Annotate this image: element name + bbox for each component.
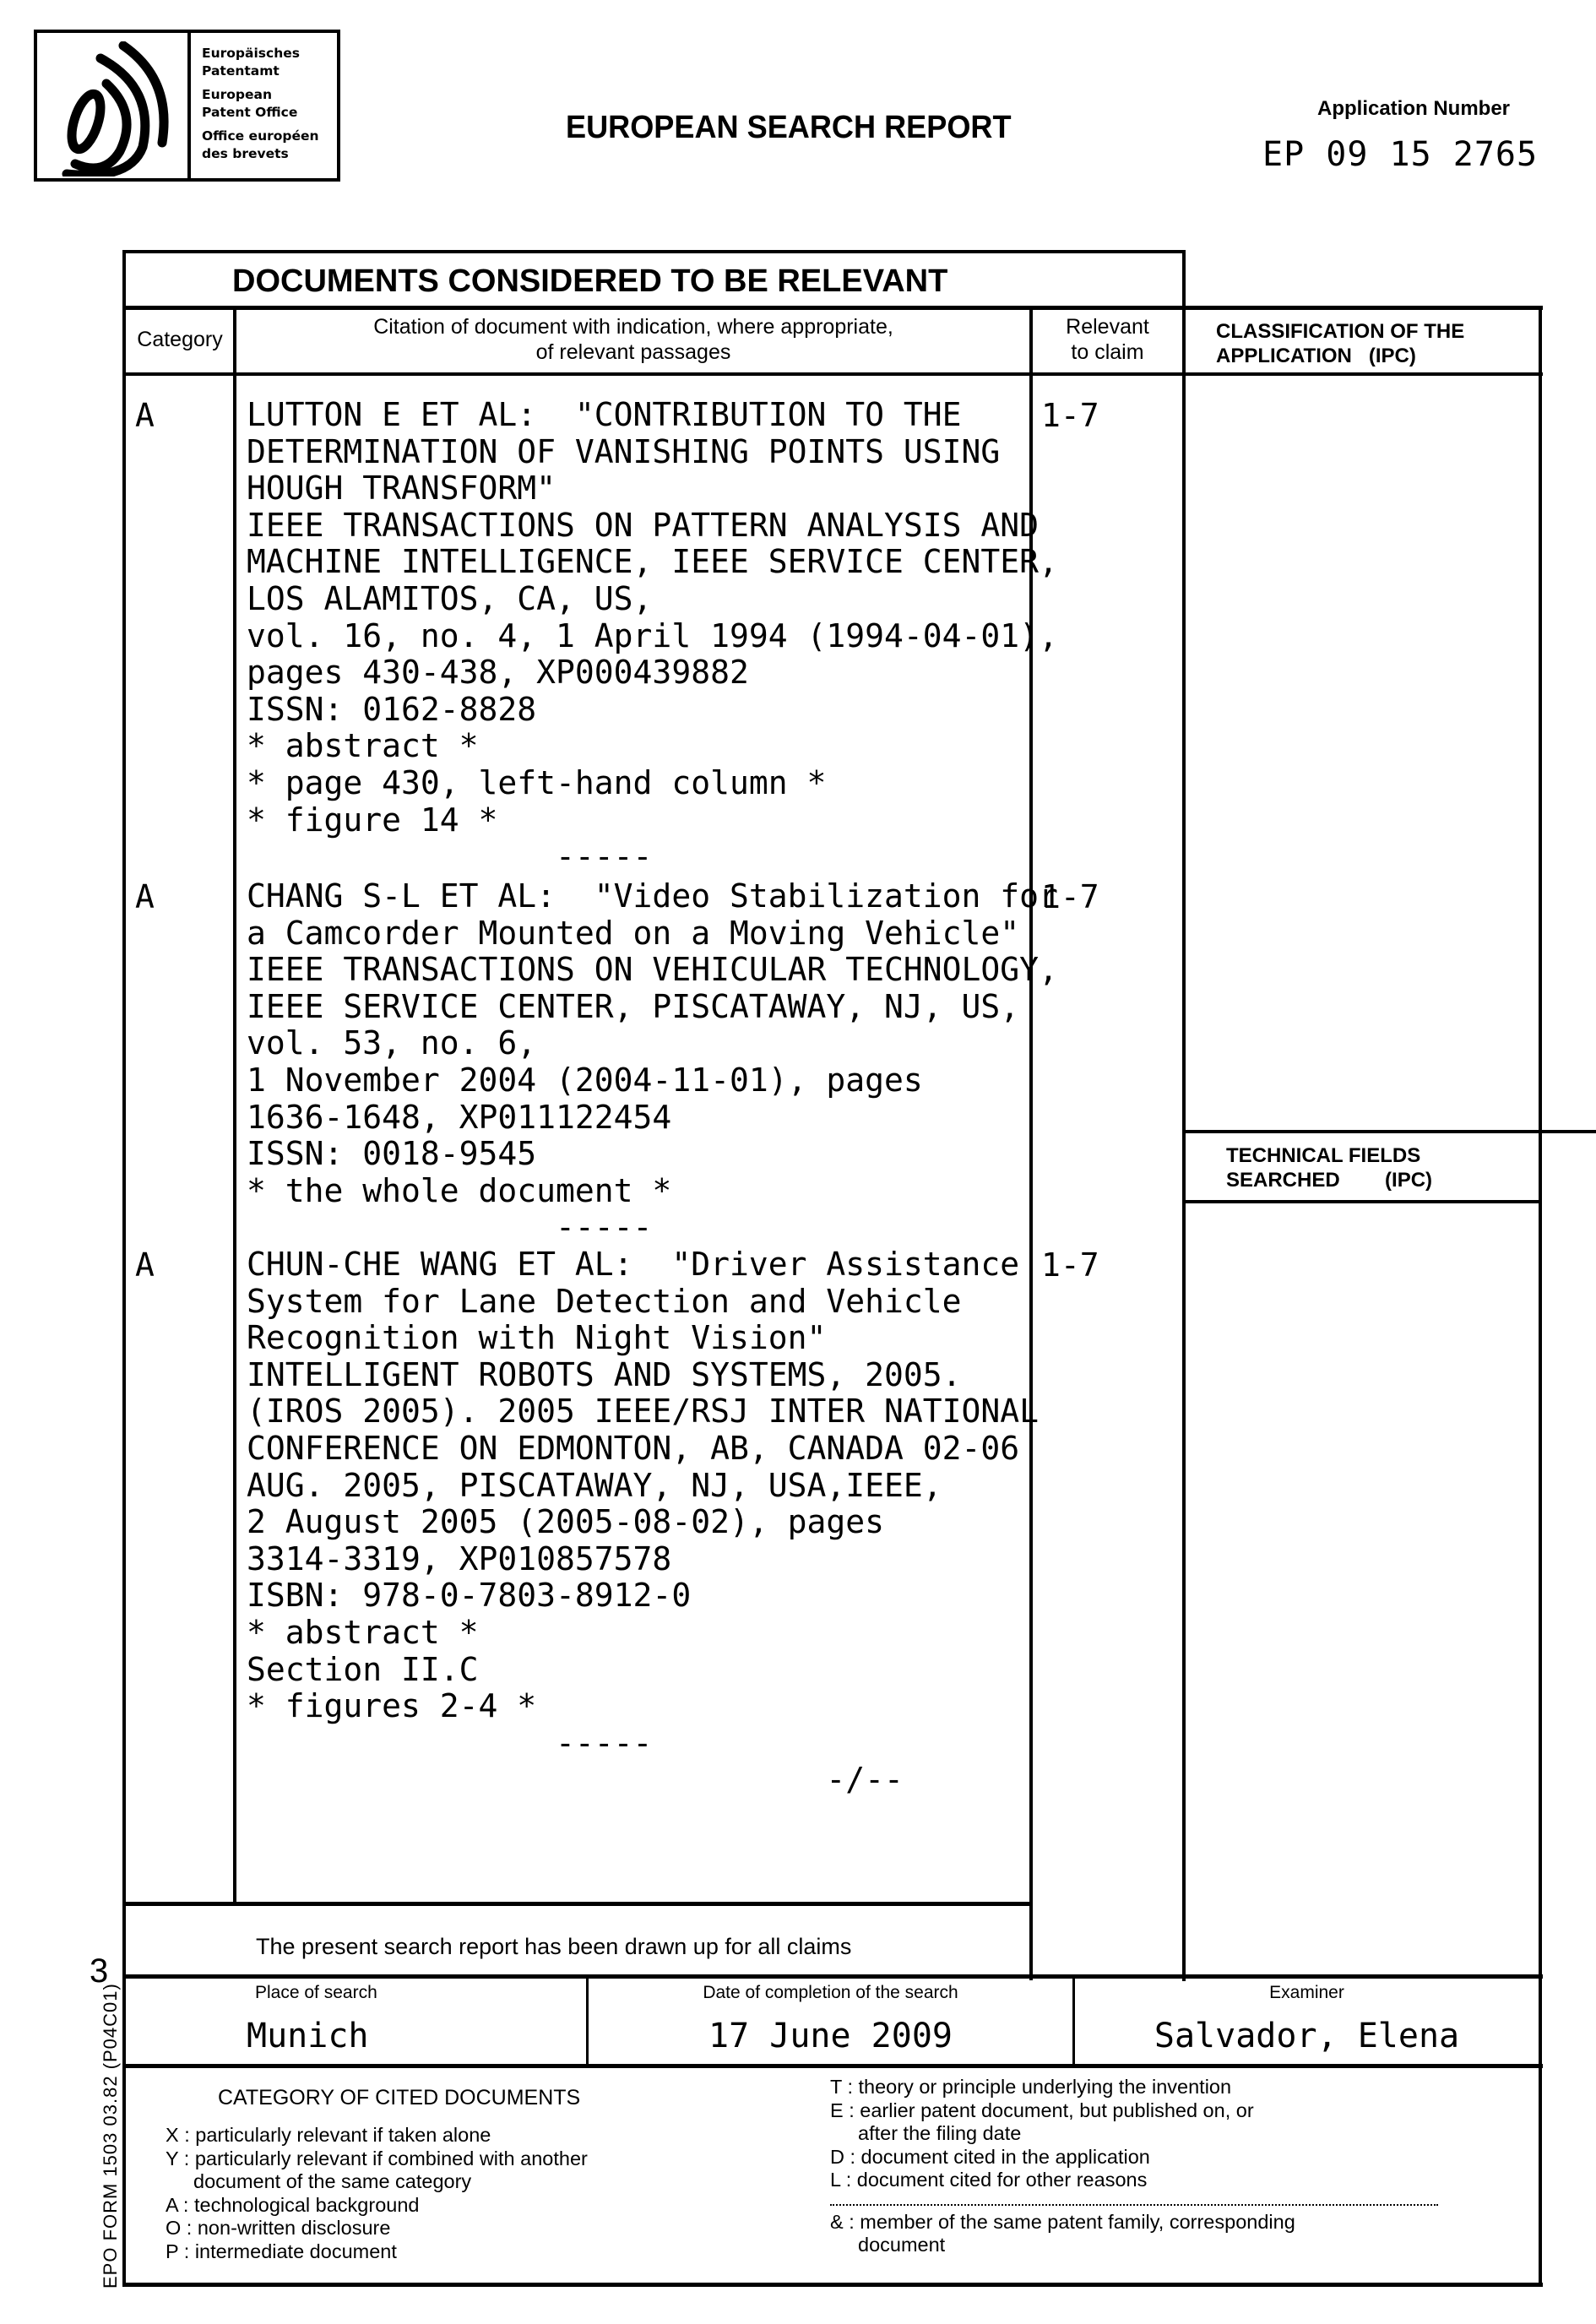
logo-line: des brevets [202,145,319,163]
technical-fields-line: TECHNICAL FIELDS [1226,1143,1432,1168]
column-header-citation: Citation of document with indication, wh… [236,314,1030,365]
logo-divider [187,33,191,178]
row-relevant: 1-7 [1041,878,1099,915]
row-relevant: 1-7 [1041,397,1099,434]
legend-item-continued: document [830,2234,1438,2257]
logo-line: Patentamt [202,62,319,80]
classification-header-line: CLASSIFICATION OF THE [1216,319,1464,344]
legend-item: L : document cited for other reasons [830,2169,1438,2192]
legend-item: A : technological background [166,2194,588,2218]
legend-item: P : intermediate document [166,2240,588,2264]
row-relevant: 1-7 [1041,1246,1099,1284]
table-title: DOCUMENTS CONSIDERED TO BE RELEVANT [232,263,947,300]
legend-item: D : document cited in the application [830,2146,1438,2169]
row-citation: CHUN-CHE WANG ET AL: "Driver Assistance … [247,1246,1032,1799]
completion-date-label: Date of completion of the search [589,1983,1072,2003]
legend-item: & : member of the same patent family, co… [830,2211,1438,2234]
row-citation: LUTTON E ET AL: "CONTRIBUTION TO THE DET… [247,397,1032,876]
completion-date-value: 17 June 2009 [589,2017,1072,2055]
logo-line: Office européen [202,128,319,145]
column-header-category: Category [127,327,233,352]
logo-text: Europäisches Patentamt European Patent O… [202,45,319,163]
application-number-label: Application Number [1317,97,1510,121]
citation-header-line: of relevant passages [236,339,1030,365]
all-claims-note: The present search report has been drawn… [256,1934,851,1960]
application-number: EP 09 15 2765 [1262,135,1538,174]
legend-item: T : theory or principle underlying the i… [830,2076,1438,2099]
logo-line: Europäisches [202,45,319,62]
epo-arcs-icon [54,41,181,176]
report-title: EUROPEAN SEARCH REPORT [566,110,1012,146]
relevant-header-line: to claim [1033,339,1182,365]
row-citation: CHANG S-L ET AL: "Video Stabilization fo… [247,878,1032,1246]
relevant-header-line: Relevant [1033,314,1182,339]
form-code: EPO FORM 1503 03.82 (P04C01) [100,1983,122,2289]
legend-item: X : particularly relevant if taken alone [166,2124,588,2148]
legend-item-continued: after the filing date [830,2122,1438,2146]
row-category: A [135,878,155,915]
examiner-value: Salvador, Elena [1075,2017,1539,2055]
legend-item: O : non-written disclosure [166,2217,588,2240]
row-category: A [135,397,155,434]
legend-dotted-divider [830,2204,1438,2206]
place-of-search-value: Munich [247,2017,369,2055]
row-category: A [135,1246,155,1284]
legend-title: CATEGORY OF CITED DOCUMENTS [218,2086,580,2110]
epo-logo: Europäisches Patentamt European Patent O… [34,30,340,182]
citation-header-line: Citation of document with indication, wh… [236,314,1030,339]
technical-fields-header: TECHNICAL FIELDS SEARCHED (IPC) [1226,1143,1432,1192]
legend-item-continued: document of the same category [166,2170,588,2194]
legend-left: X : particularly relevant if taken alone… [166,2124,588,2263]
examiner-label: Examiner [1075,1983,1539,2003]
technical-fields-line: SEARCHED (IPC) [1226,1168,1432,1192]
logo-line: Patent Office [202,104,319,122]
legend-item: E : earlier patent document, but publish… [830,2099,1438,2123]
place-of-search-label: Place of search [255,1983,377,2003]
classification-header-line: APPLICATION (IPC) [1216,344,1464,368]
legend-right: T : theory or principle underlying the i… [830,2076,1438,2257]
column-header-relevant: Relevant to claim [1033,314,1182,365]
column-header-classification: CLASSIFICATION OF THE APPLICATION (IPC) [1216,319,1464,368]
legend-item: Y : particularly relevant if combined wi… [166,2148,588,2171]
logo-line: European [202,86,319,104]
